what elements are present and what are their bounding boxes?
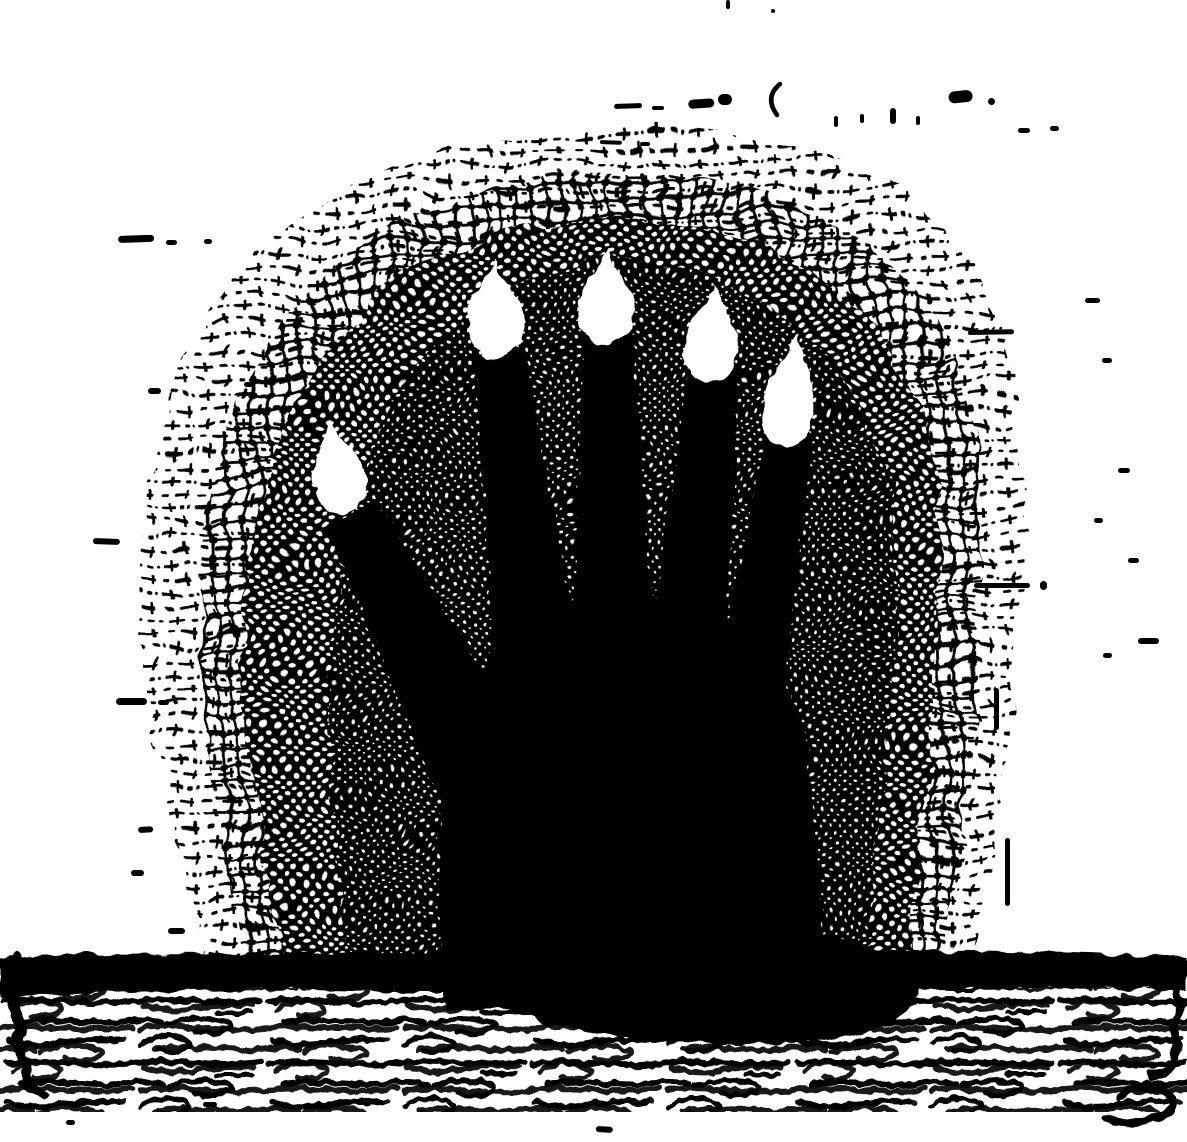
ink-fleck — [916, 116, 920, 125]
ink-fleck — [1005, 838, 1010, 906]
ink-fleck — [158, 700, 169, 705]
ink-fleck — [1050, 126, 1059, 131]
ink-fleck — [974, 583, 1030, 588]
ink-fleck — [204, 239, 212, 244]
ink-fleck — [600, 140, 622, 145]
ink-fleck — [1018, 128, 1030, 133]
ink-fleck — [688, 98, 715, 109]
ink-fleck — [614, 103, 642, 109]
ink-fleck — [988, 98, 995, 105]
ink-fleck — [1085, 298, 1100, 303]
ink-fleck — [652, 106, 664, 110]
engraving-page — [0, 0, 1187, 1142]
ink-fleck — [116, 698, 147, 705]
ink-fleck — [203, 1102, 217, 1107]
ink-fleck — [148, 388, 161, 394]
ink-fleck — [1118, 468, 1130, 473]
ink-fleck — [968, 329, 1014, 335]
ink-fleck — [66, 1120, 75, 1125]
ink-fleck — [596, 1126, 613, 1133]
hand-of-glory-engraving — [0, 0, 1187, 1142]
ink-fleck — [1102, 358, 1112, 363]
ink-fleck — [1128, 558, 1139, 563]
ink-fleck — [138, 826, 153, 833]
ink-fleck — [994, 688, 999, 730]
ink-fleck — [166, 240, 177, 245]
ink-fleck — [1094, 518, 1103, 523]
ink-fleck — [244, 382, 254, 387]
ink-fleck — [93, 538, 120, 545]
ink-fleck — [771, 9, 775, 13]
ink-fleck — [726, 0, 730, 9]
ink-fleck — [890, 108, 896, 124]
ink-fleck — [118, 235, 154, 243]
ink-fleck — [860, 114, 864, 123]
ink-fleck — [718, 94, 732, 105]
ink-fleck — [834, 116, 838, 127]
ink-fleck — [131, 870, 144, 876]
ink-fleck — [640, 142, 650, 146]
ink-fleck — [1103, 653, 1112, 658]
ink-fleck — [168, 928, 185, 934]
ink-fleck — [1040, 581, 1047, 590]
ink-fleck — [1138, 638, 1159, 644]
